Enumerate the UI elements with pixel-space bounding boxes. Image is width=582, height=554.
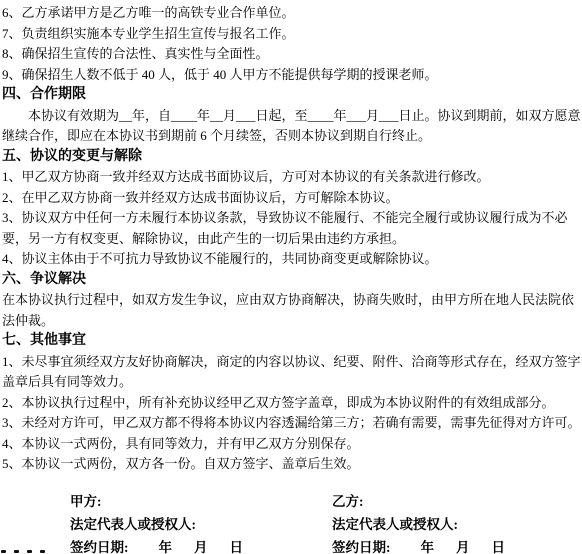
party-b-day-label: 日 xyxy=(492,536,506,554)
clause-9: 9、确保招生人数不低于 40 人，低于 40 人甲方不能提供每学期的授课老师。 xyxy=(2,65,582,86)
section-heading-cooperation-term: 四、合作期限 xyxy=(2,85,582,106)
signature-block: 甲方: 法定代表人或授权人: 签约日期:年月日 乙方: 法定代表人或授权人: 签… xyxy=(2,490,582,554)
party-b-date-line: 签约日期:年月日 xyxy=(332,536,505,554)
party-b-month-label: 月 xyxy=(456,536,470,554)
clause-other-3: 3、未经对方许可，甲乙双方都不得将本协议内容透漏给第三方；若确有需要，需事先征得… xyxy=(2,413,582,434)
party-b-year-label: 年 xyxy=(421,536,435,554)
clause-mod-3: 3、协议双方中任何一方未履行本协议条款，导致协议不能履行、不能完全履行或协议履行… xyxy=(2,208,582,249)
party-a-day-label: 日 xyxy=(230,536,244,554)
clause-term-validity: 本协议有效期为__年，自____年__月___日起，至____年___月___日… xyxy=(2,106,582,147)
section-heading-other-matters: 七、其他事宜 xyxy=(2,331,582,352)
section-heading-modification-termination: 五、协议的变更与解除 xyxy=(2,147,582,168)
party-a-date-line: 签约日期:年月日 xyxy=(70,536,332,554)
contract-document: 6、乙方承诺甲方是乙方唯一的高铁专业合作单位。 7、负责组织实施本专业学生招生宣… xyxy=(0,0,582,554)
clause-other-4: 4、本协议一式两份，具有同等效力，并有甲乙双方分别保存。 xyxy=(2,434,582,455)
clipped-text-fragment xyxy=(1,550,53,554)
clause-mod-1: 1、甲乙双方协商一致并经双方达成书面协议后，方可对本协议的有关条款进行修改。 xyxy=(2,167,582,188)
party-b-title: 乙方: xyxy=(332,490,505,513)
party-b-date-label: 签约日期: xyxy=(332,540,391,554)
clause-other-1: 1、未尽事宜须经双方友好协商解决，商定的内容以协议、纪要、附件、洽商等形式存在，… xyxy=(2,352,582,393)
party-a-signature: 甲方: 法定代表人或授权人: 签约日期:年月日 xyxy=(70,490,332,554)
party-a-date-label: 签约日期: xyxy=(70,540,129,554)
clause-other-2: 2、本协议执行过程中，所有补充协议经甲乙双方签字盖章，即成为本协议附件的有效组成… xyxy=(2,393,582,414)
party-b-signature: 乙方: 法定代表人或授权人: 签约日期:年月日 xyxy=(332,490,505,554)
section-heading-dispute-resolution: 六、争议解决 xyxy=(2,270,582,291)
clause-7: 7、负责组织实施本专业学生招生宣传与报名工作。 xyxy=(2,24,582,45)
party-b-representative-label: 法定代表人或授权人: xyxy=(332,513,505,536)
party-a-month-label: 月 xyxy=(194,536,208,554)
clause-other-5: 5、本协议一式两份，双方各一份。自双方签字、盖章后生效。 xyxy=(2,454,582,475)
clause-mod-2: 2、在甲乙双方协商一致并经双方达成书面协议后，方可解除本协议。 xyxy=(2,188,582,209)
clause-8: 8、确保招生宣传的合法性、真实性与全面性。 xyxy=(2,44,582,65)
party-a-representative-label: 法定代表人或授权人: xyxy=(70,513,332,536)
party-a-year-label: 年 xyxy=(159,536,173,554)
party-a-title: 甲方: xyxy=(70,490,332,513)
clause-mod-4: 4、协议主体由于不可抗力导致协议不能履行的，共同协商变更或解除协议。 xyxy=(2,249,582,270)
clause-6: 6、乙方承诺甲方是乙方唯一的高铁专业合作单位。 xyxy=(2,3,582,24)
clause-dispute: 在本协议执行过程中，如双方发生争议，应由双方协商解决，协商失败时，由甲方所在地人… xyxy=(2,290,582,331)
